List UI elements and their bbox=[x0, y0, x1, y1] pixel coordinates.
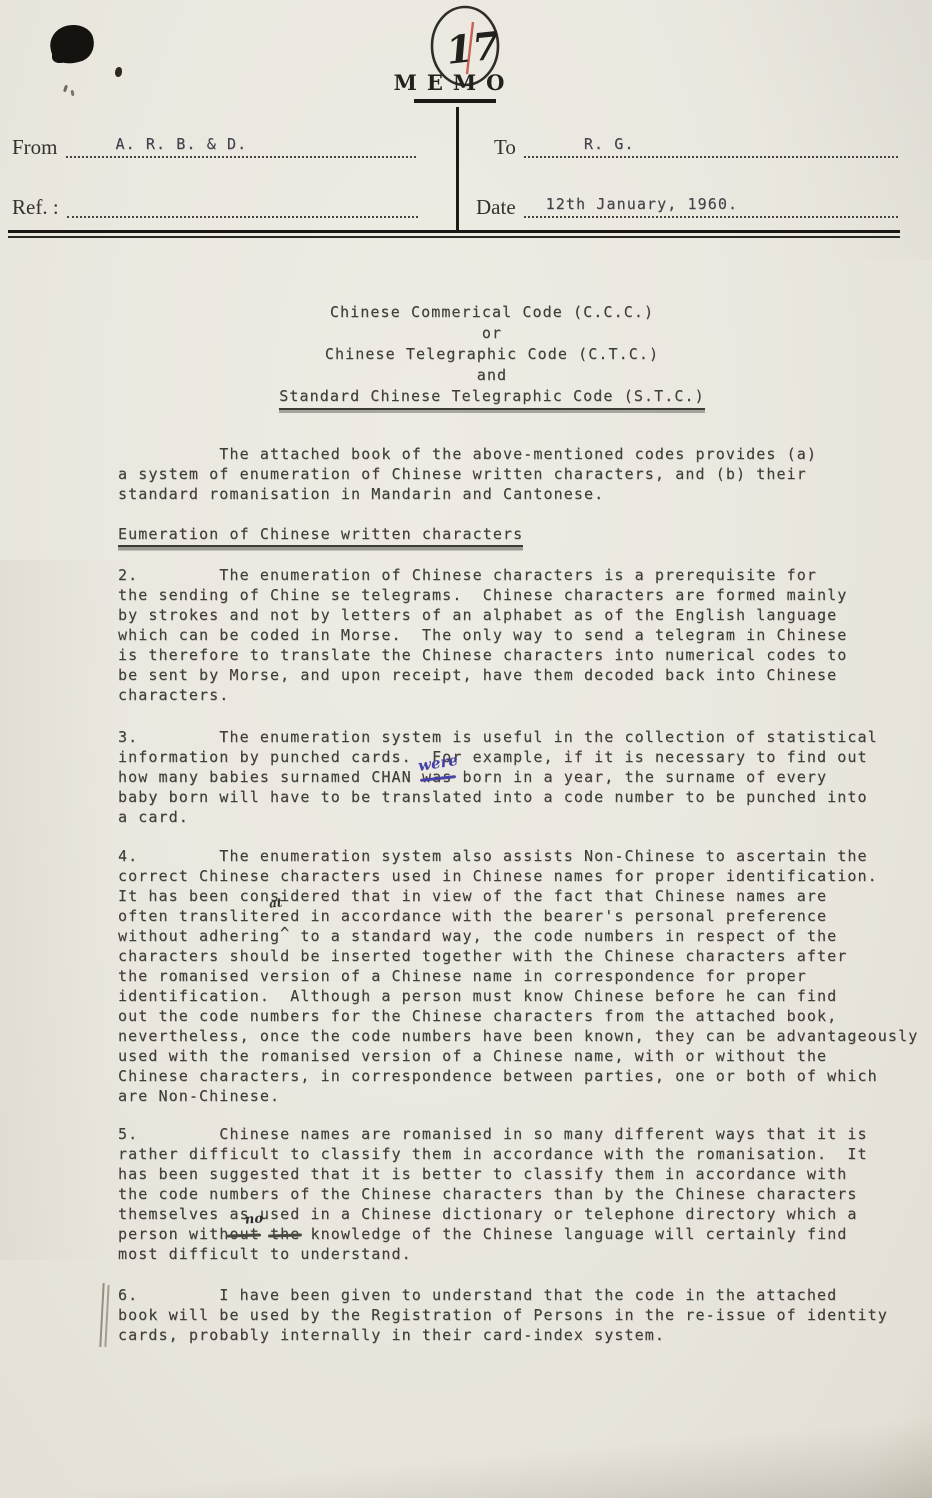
page-number: 17 bbox=[444, 23, 501, 73]
from-dotted-line: A. R. B. & D. bbox=[66, 126, 416, 158]
ref-field: Ref. : bbox=[12, 188, 418, 218]
paragraph-3: 3. The enumeration system is useful in t… bbox=[118, 727, 878, 827]
memo-title: MEMO bbox=[394, 70, 515, 95]
to-value: R. G. bbox=[584, 135, 635, 153]
subject-line-4: and bbox=[118, 365, 866, 386]
handwritten-insert-at: at bbox=[268, 892, 283, 913]
from-field: From A. R. B. & D. bbox=[12, 128, 416, 158]
section-heading-text: Eumeration of Chinese written characters bbox=[118, 524, 523, 547]
struck-word-out: outno bbox=[229, 1225, 259, 1243]
date-dotted-line: 12th January, 1960. bbox=[524, 186, 898, 218]
from-label: From bbox=[12, 136, 66, 158]
date-field: Date 12th January, 1960. bbox=[476, 188, 898, 218]
struck-word-was: waswere bbox=[422, 768, 452, 786]
subject-line-5: Standard Chinese Telegraphic Code (S.T.C… bbox=[279, 386, 705, 410]
pencil-mark bbox=[63, 85, 68, 93]
handwritten-correction-no: no bbox=[245, 1209, 265, 1231]
header-rule-bottom bbox=[8, 236, 900, 238]
ref-label: Ref. : bbox=[12, 196, 67, 218]
ref-dotted-line bbox=[67, 186, 418, 218]
header-rule-top bbox=[8, 230, 900, 233]
paragraph-2: 2. The enumeration of Chinese characters… bbox=[118, 565, 847, 705]
margin-pencil-mark bbox=[104, 1285, 109, 1347]
to-field: To R. G. bbox=[494, 128, 898, 158]
paper-crease bbox=[0, 1400, 932, 1498]
subject-block: Chinese Commerical Code (C.C.C.) or Chin… bbox=[118, 302, 866, 410]
to-dotted-line: R. G. bbox=[524, 126, 898, 158]
struck-word-the-text: the bbox=[270, 1225, 300, 1243]
memo-title-underline bbox=[414, 99, 496, 103]
from-value: A. R. B. & D. bbox=[116, 135, 248, 153]
subject-line-1: Chinese Commerical Code (C.C.C.) bbox=[118, 302, 866, 323]
paragraph-4: 4. The enumeration system also assists N… bbox=[118, 846, 918, 1106]
ink-speck bbox=[115, 67, 122, 77]
subject-line-3: Chinese Telegraphic Code (C.T.C.) bbox=[118, 344, 866, 365]
paragraph-5: 5. Chinese names are romanised in so man… bbox=[118, 1124, 868, 1264]
intro-paragraph: The attached book of the above-mentioned… bbox=[118, 444, 817, 504]
header-column-divider bbox=[456, 107, 459, 231]
document-page: 17 MEMO From A. R. B. & D. To R. G. Ref.… bbox=[0, 0, 932, 1498]
paragraph-4-text: to a standard way, the code numbers in r… bbox=[118, 927, 918, 1105]
caret-mark: ^ bbox=[280, 924, 290, 942]
date-value: 12th January, 1960. bbox=[546, 195, 738, 213]
paragraph-6: 6. I have been given to understand that … bbox=[118, 1285, 888, 1345]
subject-line-2: or bbox=[118, 323, 866, 344]
pencil-mark bbox=[70, 90, 74, 96]
struck-word-the: the bbox=[270, 1225, 300, 1243]
date-label: Date bbox=[476, 196, 524, 218]
to-label: To bbox=[494, 136, 524, 158]
section-heading: Eumeration of Chinese written characters bbox=[118, 524, 523, 547]
